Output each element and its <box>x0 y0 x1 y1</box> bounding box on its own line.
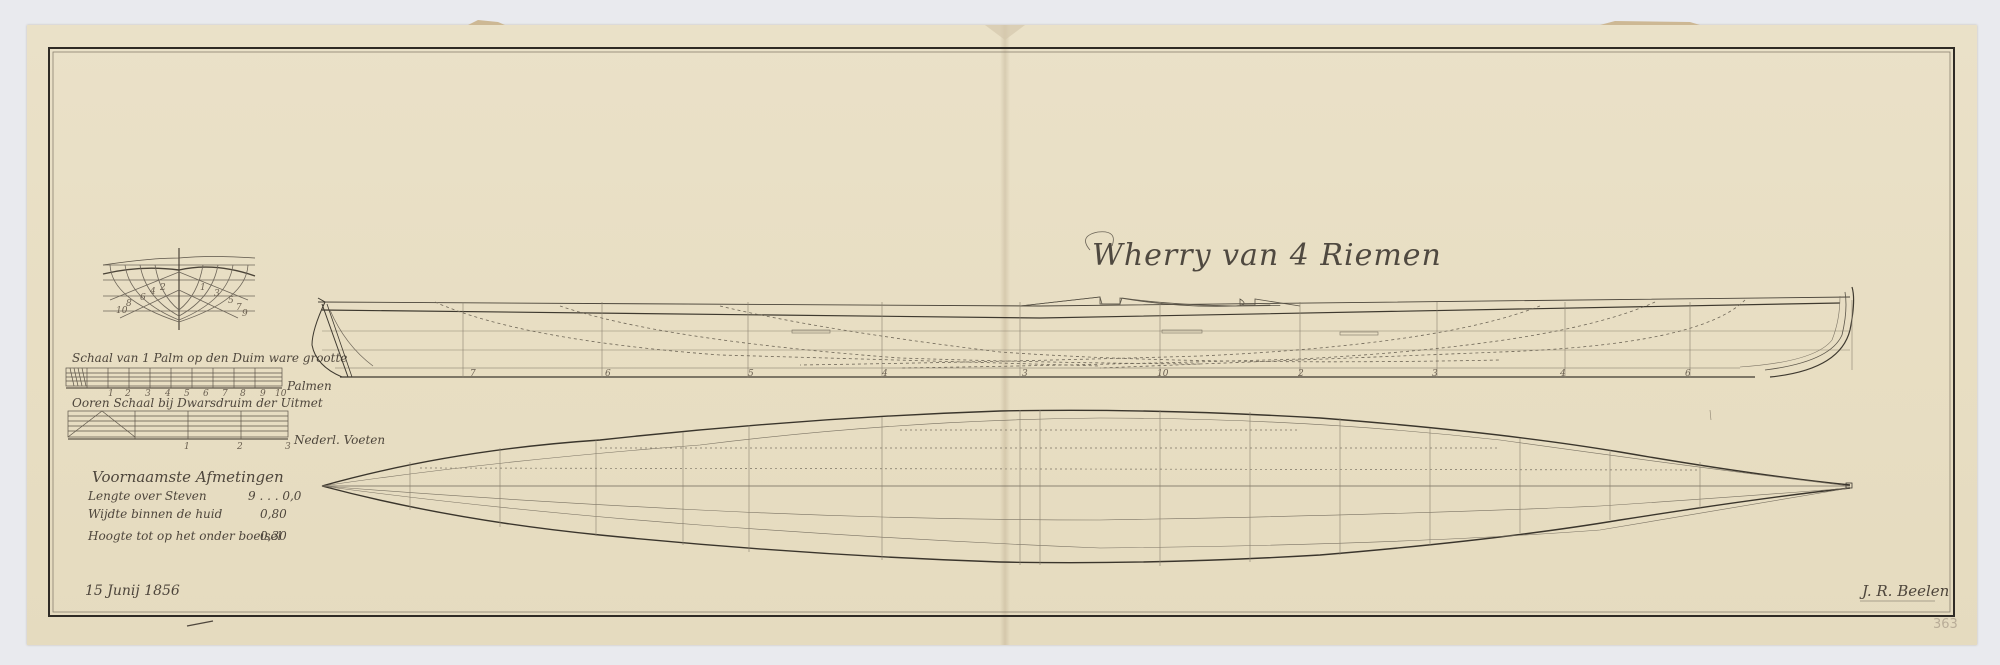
svg-text:6: 6 <box>140 293 146 303</box>
svg-text:5: 5 <box>748 369 754 379</box>
svg-text:10: 10 <box>1157 369 1169 379</box>
svg-text:3: 3 <box>1432 369 1438 379</box>
svg-text:5: 5 <box>228 296 234 306</box>
border-frame <box>49 48 1954 616</box>
dimension-label: Wijdte binnen de huid <box>88 507 223 521</box>
scale-2-unit: Nederl. Voeten <box>293 433 385 447</box>
dimension-value: 9 . . . 0,0 <box>248 489 302 503</box>
dimension-label: Hoogte tot op het onder boeisel <box>87 529 282 543</box>
scale-2-ticks: 1 2 3 <box>184 442 291 452</box>
svg-text:3: 3 <box>1022 369 1028 379</box>
svg-text:3: 3 <box>285 442 291 452</box>
profile-view <box>312 287 1854 378</box>
drawing-date: 15 Junij 1856 <box>85 583 180 599</box>
pencil-mark <box>1710 410 1711 420</box>
paper-tear-mark <box>1600 21 1700 25</box>
svg-text:7: 7 <box>470 369 476 379</box>
svg-text:2: 2 <box>159 283 166 293</box>
svg-text:4: 4 <box>1559 369 1566 379</box>
svg-text:2: 2 <box>236 442 243 452</box>
dimensions-table: Voornaamste Afmetingen Lengte over Steve… <box>87 468 302 543</box>
paper-tear-mark <box>468 20 505 25</box>
ink-stroke <box>187 621 213 626</box>
svg-text:1: 1 <box>200 283 206 293</box>
signature: J. R. Beelen <box>1859 582 1949 600</box>
drawing-title: Wherry van 4 Riemen <box>1092 238 1442 273</box>
svg-text:8: 8 <box>126 299 132 309</box>
dimension-value: 0,80 <box>260 507 287 521</box>
dimension-label: Lengte over Steven <box>87 489 207 503</box>
svg-text:9: 9 <box>242 309 248 319</box>
svg-text:2: 2 <box>1297 369 1304 379</box>
svg-text:3: 3 <box>214 289 220 299</box>
svg-text:4: 4 <box>149 287 156 297</box>
svg-text:6: 6 <box>1685 369 1691 379</box>
ship-plan-drawing: Wherry van 4 Riemen 10 8 6 4 2 1 3 5 7 9 <box>0 0 2000 665</box>
catalog-number: 363 <box>1933 617 1958 632</box>
svg-text:1: 1 <box>184 442 190 452</box>
scale-bar-2 <box>68 411 288 439</box>
svg-text:6: 6 <box>605 369 611 379</box>
body-plan <box>103 248 255 330</box>
scale-bar-1 <box>66 368 282 388</box>
scale-1-caption: Schaal van 1 Palm op den Duim ware groot… <box>72 351 347 365</box>
scale-1-unit: Palmen <box>286 379 332 393</box>
dimension-value: 0,30 <box>260 529 287 543</box>
paper-crease-mark <box>985 25 1025 40</box>
dimensions-heading: Voornaamste Afmetingen <box>92 468 284 486</box>
plan-view <box>322 410 1852 566</box>
scale-2-caption: Ooren Schaal bij Dwarsdruim der Uitmet <box>72 396 323 410</box>
svg-text:4: 4 <box>881 369 888 379</box>
